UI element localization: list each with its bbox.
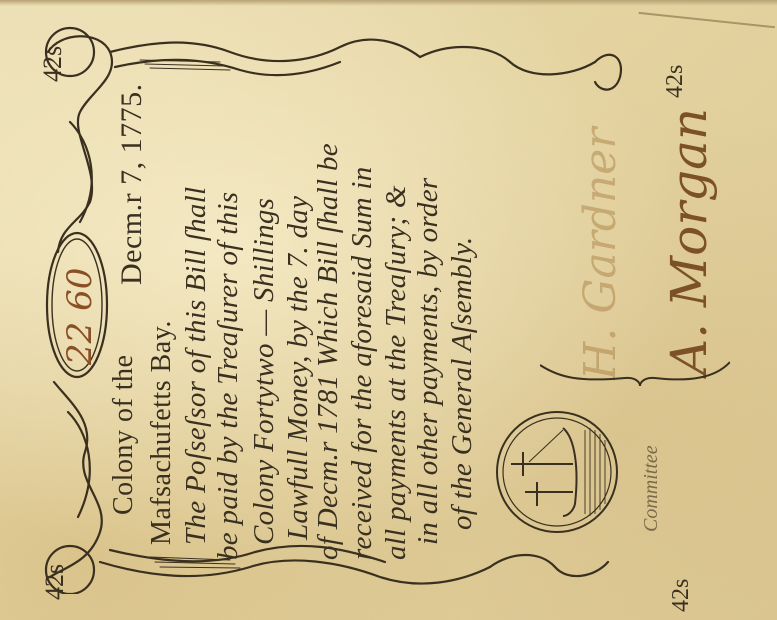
body-line-1: The Poſseſsor of this Bill ſhall — [180, 187, 213, 545]
body-line-2: be paid by the Treaſurer of this — [212, 192, 245, 560]
corner-denomination-top-left: 42s — [38, 46, 68, 82]
body-line-7: all payments at the Treaſury; & — [380, 185, 413, 560]
committee-label: Committee — [640, 445, 663, 532]
body-line-6: received for the aforesaid Sum in — [346, 166, 379, 560]
ship-vignette — [493, 408, 621, 536]
corner-denomination-top-right: 42s — [662, 65, 689, 98]
corner-denomination-bottom-left: 42s — [40, 564, 70, 600]
corner-denomination-bottom-right: 42s — [668, 579, 695, 612]
issuer-line-2: Mafsachufetts Bay. — [146, 320, 178, 545]
body-line-3-denomination: Colony Fortytwo — Shillings — [248, 198, 281, 545]
issuer-line-1: Colony of the — [108, 355, 140, 516]
signature-primary: A. Morgan — [660, 108, 718, 375]
issue-date: Decm.r 7, 1775. — [115, 83, 149, 285]
signature-faded: H. Gardner — [575, 128, 626, 380]
body-line-8: in all other payments, by order — [412, 178, 445, 545]
signature-brace — [540, 360, 730, 390]
body-line-9: of the General Aſsembly. — [446, 237, 479, 530]
serial-number: 22 60 — [60, 268, 100, 365]
body-line-5: of Decm.r 1781 Which Bill ſhall be — [312, 143, 345, 560]
banknote: 42s 42s 42s 42s 22 60 Colony of the Mafs… — [0, 0, 777, 620]
body-line-4: Lawfull Money, by the 7. day — [282, 196, 315, 540]
